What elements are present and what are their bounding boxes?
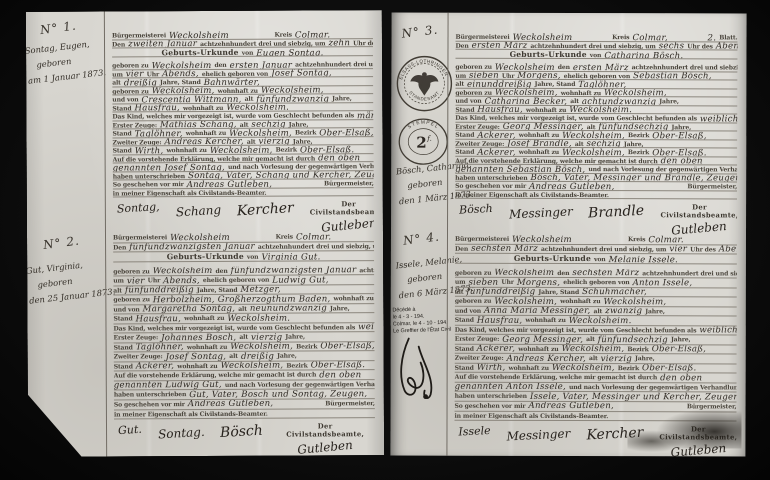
printed-form-text: Jahre, Stand: [538, 288, 579, 298]
printed-form-text: Stand: [455, 345, 474, 355]
printed-form-text: in meiner Eigenschaft als Civilstands-Be…: [114, 409, 268, 419]
left-page-form-column: BürgermeistereiWeckolsheimKreisColmar.De…: [104, 10, 384, 456]
handwritten-entry: Abends.: [716, 42, 738, 50]
printed-form-text: in meiner Eigenschaft als Civilstands-Be…: [455, 411, 609, 421]
registrar-signature: Gutleben: [309, 215, 374, 234]
witness-signature: Messinger: [506, 426, 570, 443]
printed-form-text: in meiner Eigenschaft als Civilstands-Be…: [455, 190, 609, 199]
printed-form-text: Stand: [113, 315, 132, 325]
seal-eagle-emblem: [410, 72, 438, 95]
witness-signature: Sontag,: [117, 200, 160, 215]
printed-form-text: Erster Zeuge:: [455, 335, 500, 345]
handwritten-entry: Abends.: [719, 245, 737, 254]
right-page-margin-column: N° 3. ELSASS-LOTHRINGEN STANDESAMT: [390, 13, 447, 456]
printed-form-text: achtzehnhundert drei und siebzig: [642, 269, 737, 279]
printed-form-text: Jahre,: [659, 97, 679, 106]
margin-note: Gut, Virginia, geboren den 25 Januar 187…: [25, 254, 116, 308]
right-page-form-column: BürgermeistereiWeckolsheimKreisColmar,2.…: [446, 13, 746, 457]
printed-form-text: geboren zu: [455, 268, 492, 278]
handwritten-entry: vier: [127, 277, 145, 286]
printed-form-text: alt: [112, 79, 121, 88]
printed-form-text: Bürgermeister,: [687, 402, 737, 412]
registrar-signature: Gutleben: [659, 440, 737, 457]
registrar-label: Der Civilstandsbeamte,: [659, 425, 737, 441]
printed-form-text: wohnhaft zu: [560, 297, 600, 307]
printed-form-text: Zweiter Zeuge:: [455, 354, 504, 364]
printed-form-text: Uhr: [147, 70, 160, 79]
registrar-label: Der Civilstandsbeamte,: [310, 200, 374, 216]
handwritten-entry: vierzig: [601, 355, 632, 364]
printed-form-text: um: [112, 70, 123, 79]
printed-form-text: Bezirk: [286, 361, 307, 371]
printed-form-text: geboren zu: [112, 61, 149, 70]
record-number: N° 2.: [42, 233, 80, 252]
handwritten-entry: Weckolsheim.: [569, 317, 632, 326]
printed-form-text: Bürgermeisterei: [112, 31, 166, 40]
registrar-signature: Gutleben: [660, 218, 738, 235]
witness-signature: Brandle: [588, 203, 645, 222]
printed-form-text: alt: [113, 286, 122, 296]
witness-signature: Schang: [175, 203, 221, 220]
handwritten-entry: zwanzig: [605, 307, 642, 316]
handwritten-entry: Abends,: [163, 277, 200, 286]
handwritten-entry: Ober-Elsaß,: [652, 346, 706, 355]
handwritten-entry: Ober-Elsaß.: [642, 365, 696, 374]
fee-stamp-value: 2: [416, 134, 426, 152]
birth-record-3: BürgermeistereiWeckolsheimKreisColmar,2.…: [455, 13, 738, 236]
handwritten-entry: sechsten März: [572, 269, 639, 278]
handwritten-entry: Ackerer,: [136, 363, 174, 372]
printed-form-text: Bezirk: [628, 148, 649, 157]
official-seal-stamp: ELSASS-LOTHRINGEN STANDESAMT: [395, 55, 453, 117]
handwritten-entry: sechs: [659, 42, 685, 50]
printed-form-text: alt: [229, 352, 238, 362]
witness-signature: Bösch: [220, 423, 264, 441]
witness-signature: Gut.: [118, 423, 143, 437]
register-right-page: N° 3. ELSASS-LOTHRINGEN STANDESAMT: [390, 13, 746, 457]
handwritten-entry: Taglöhner,: [136, 344, 184, 353]
printed-form-text: Jahre,: [285, 333, 305, 343]
handwritten-entry: den oben: [661, 157, 703, 165]
printed-form-text: alt: [586, 335, 595, 345]
printed-form-text: Jahre,: [277, 352, 297, 362]
signature-row: Sontag,SchangKercherDer Civilstandsbeamt…: [113, 200, 374, 233]
fee-stamp-unit: f.: [426, 135, 432, 143]
printed-form-text: Bezirk: [618, 364, 639, 374]
printed-form-text: Stand: [112, 104, 131, 113]
printed-form-text: Stand: [455, 316, 474, 326]
witness-signature: Bösch: [459, 202, 493, 217]
printed-form-text: Jahre, Stand: [197, 286, 238, 296]
death-annotation-stamp: Décédé à le 4 - 3 - 194. Colmar, le 4 - …: [392, 306, 451, 336]
printed-form-text: alt: [594, 307, 603, 317]
witness-signature: Sontag.: [157, 425, 204, 442]
ruled-fill: [263, 83, 373, 84]
registrar-signature: Gutleben: [279, 436, 372, 455]
handwritten-entry: weiblich.: [700, 115, 737, 123]
ruled-fill: [271, 415, 375, 416]
handwritten-entry: weiblich.: [699, 327, 736, 336]
printed-form-text: So geschehen vor mir: [113, 180, 184, 189]
handwritten-entry: fünfunddreißig: [125, 286, 194, 295]
left-page-margin-column: N° 1. Sontag, Eugen, geboren am 1 Januar…: [26, 12, 106, 457]
handwritten-entry: vier: [669, 245, 687, 254]
printed-form-text: Uhr des: [687, 42, 713, 51]
handwritten-entry: fünfundsechzig: [598, 336, 668, 345]
register-scan: N° 1. Sontag, Eugen, geboren am 1 Januar…: [0, 0, 770, 480]
printed-form-text: den: [216, 267, 228, 277]
handwritten-entry: Schuhmacher,: [582, 288, 647, 297]
ruled-fill: [270, 194, 374, 195]
record-number: N° 1.: [39, 18, 77, 37]
record-number: N° 3.: [401, 22, 439, 40]
registrar-block: Der Civilstandsbeamte,Gutleben: [279, 422, 371, 454]
record-number: N° 4.: [402, 229, 440, 247]
printed-form-text: Bürgermeister,: [687, 182, 737, 191]
printed-form-text: achtzehnhundert drei und siebzig, um: [541, 244, 666, 254]
signature-row: BöschMessingerBrandleDer Civilstandsbeam…: [455, 203, 737, 236]
printed-form-text: Bürgermeisterei: [113, 233, 167, 243]
birth-record-2: BürgermeistereiWeckolsheimKreisColmar.De…: [113, 232, 375, 455]
printed-form-text: wohnhaft zu: [184, 314, 224, 324]
printed-form-text: Kreis: [628, 235, 645, 245]
printed-form-text: haben unterschrieben: [113, 172, 185, 181]
printed-form-text: Jahre,: [671, 123, 691, 132]
printed-form-text: Stand: [114, 362, 133, 372]
signature-row: IsseleMessingerKercherDer Civilstandsbea…: [454, 425, 736, 458]
printed-form-text: um: [113, 277, 124, 287]
registrar-block: Der Civilstandsbeamte,Gutleben: [659, 425, 737, 457]
form-line: in meiner Eigenschaft als Civilstands-Be…: [114, 409, 375, 420]
witness-signature: Messinger: [508, 204, 572, 221]
printed-form-text: geboren zu: [455, 297, 492, 307]
printed-form-text: Bezirk: [628, 131, 649, 140]
printed-form-text: Den: [113, 243, 126, 253]
printed-form-text: geboren zu: [113, 267, 150, 277]
printed-form-text: Kreis: [612, 33, 629, 42]
handwritten-entry: 2.: [708, 34, 717, 42]
printed-form-text: Jahre,: [635, 355, 655, 365]
printed-form-text: haben unterschrieben: [455, 392, 527, 402]
registrar-label: Der Civilstandsbeamte,: [661, 203, 738, 219]
handwritten-entry: Ober-Elsaß.: [652, 149, 706, 157]
handwritten-entry: den oben: [660, 374, 702, 383]
printed-form-text: Geburts-Urkunde: [514, 254, 591, 264]
handwritten-entry: Sebastian Bösch,: [633, 72, 712, 80]
printed-form-text: geboren zu: [113, 296, 150, 306]
printed-form-text: wohnhaft zu: [509, 364, 549, 374]
printed-form-text: Zweiter Zeuge:: [114, 353, 163, 363]
handwritten-entry: Wirth,: [135, 147, 164, 155]
printed-form-text: Erster Zeuge:: [114, 334, 159, 344]
handwritten-entry: Anton Issele,: [633, 279, 693, 288]
printed-form-text: und von: [113, 305, 139, 315]
printed-form-text: Zweiter Zeuge:: [112, 138, 161, 147]
handwritten-entry: dreißig: [124, 79, 157, 87]
printed-form-text: Jahre,: [671, 336, 691, 346]
printed-form-text: Den: [112, 40, 125, 49]
printed-form-text: Uhr des: [690, 245, 716, 255]
printed-form-text: wohnhaft zu: [518, 345, 558, 355]
handwritten-entry: Hausfrau,: [136, 315, 182, 324]
printed-form-text: Uhr: [148, 277, 161, 287]
printed-form-text: haben unterschrieben: [114, 391, 186, 401]
form-line: in meiner Eigenschaft als Civilstands-Be…: [455, 411, 737, 421]
printed-form-text: und nach Vorlesung der gegenwärtigen Ver…: [569, 383, 737, 393]
printed-form-text: geboren zu: [112, 87, 149, 96]
printed-form-text: wohnhaft zu: [187, 343, 227, 353]
handwritten-entry: vier: [126, 70, 144, 78]
printed-form-text: Stand: [114, 343, 133, 353]
printed-form-text: Bezirk: [627, 345, 648, 355]
printed-form-text: achtzehnhundert drei und siebzig: [632, 63, 738, 72]
registrar-label: Der Civilstandsbeamte,: [279, 422, 371, 438]
witness-signature: Issele: [458, 424, 491, 439]
printed-form-text: Bürgermeister,: [325, 399, 375, 409]
printed-form-text: Stand: [112, 129, 131, 138]
printed-form-text: Uhr: [501, 278, 514, 288]
printed-form-text: Blatt.: [719, 33, 737, 42]
clerk-signature-scrawl: [393, 333, 449, 411]
printed-form-text: wohnhaft zu: [525, 316, 565, 326]
handwritten-entry: Weckolsheim,: [603, 298, 666, 307]
printed-form-text: Erster Zeuge:: [112, 121, 157, 130]
registrar-block: Der Civilstandsbeamte,Gutleben: [310, 200, 374, 232]
printed-form-text: Jahre,: [645, 307, 665, 317]
printed-form-text: Stand: [113, 146, 132, 155]
printed-form-text: Kreis: [276, 233, 293, 243]
witness-signature: Kercher: [586, 425, 644, 444]
handwritten-entry: Colmar.: [648, 236, 683, 245]
handwritten-entry: Ober-Elsaß,: [652, 132, 706, 140]
printed-form-text: achtzehnhundert drei und siebzig: [359, 266, 374, 276]
form-line: in meiner Eigenschaft als Civilstands-Be…: [113, 188, 374, 198]
printed-form-text: alt: [589, 354, 598, 364]
birth-record-1: BürgermeistereiWeckolsheimKreisColmar.De…: [112, 10, 374, 233]
birth-record-4: BürgermeistereiWeckolsheimKreisColmar.De…: [454, 235, 737, 458]
printed-form-text: in meiner Eigenschaft als Civilstands-Be…: [113, 188, 267, 197]
printed-form-text: So geschehen vor mir: [114, 400, 185, 410]
printed-form-text: Den: [455, 244, 468, 254]
margin-note: Sontag, Eugen, geboren am 1 Januar 1873.: [24, 35, 107, 88]
printed-form-text: und von: [455, 307, 481, 317]
printed-form-text: und nach Vorlesung der gegenwärtigen Ver…: [588, 165, 737, 174]
printed-form-text: und von: [112, 95, 138, 104]
printed-form-text: Bürgermeisterei: [455, 235, 509, 245]
form-line: in meiner Eigenschaft als Civilstands-Be…: [455, 190, 737, 199]
signature-row: Gut.Sontag.BöschDer Civilstandsbeamte,Gu…: [114, 422, 375, 455]
printed-form-text: wohnhaft zu: [333, 294, 373, 304]
printed-form-text: wohnhaft zu: [177, 362, 217, 372]
printed-form-text: um: [455, 278, 466, 288]
printed-form-text: den: [557, 269, 569, 279]
registrar-block: Der Civilstandsbeamte,Gutleben: [660, 203, 737, 235]
printed-form-text: So geschehen vor mir: [455, 402, 526, 412]
printed-form-text: alt: [239, 333, 248, 343]
witness-signature: Kercher: [236, 200, 294, 219]
printed-form-text: Jahre,: [624, 140, 644, 149]
printed-form-text: alt: [238, 305, 247, 315]
printed-form-text: Stand: [455, 364, 474, 374]
printed-form-text: ehelich geboren von: [563, 278, 629, 288]
printed-form-text: Bezirk: [296, 342, 317, 352]
printed-form-text: alt: [455, 287, 464, 297]
register-left-page: N° 1. Sontag, Eugen, geboren am 1 Januar…: [26, 10, 384, 457]
printed-form-text: Jahre,: [330, 304, 350, 314]
